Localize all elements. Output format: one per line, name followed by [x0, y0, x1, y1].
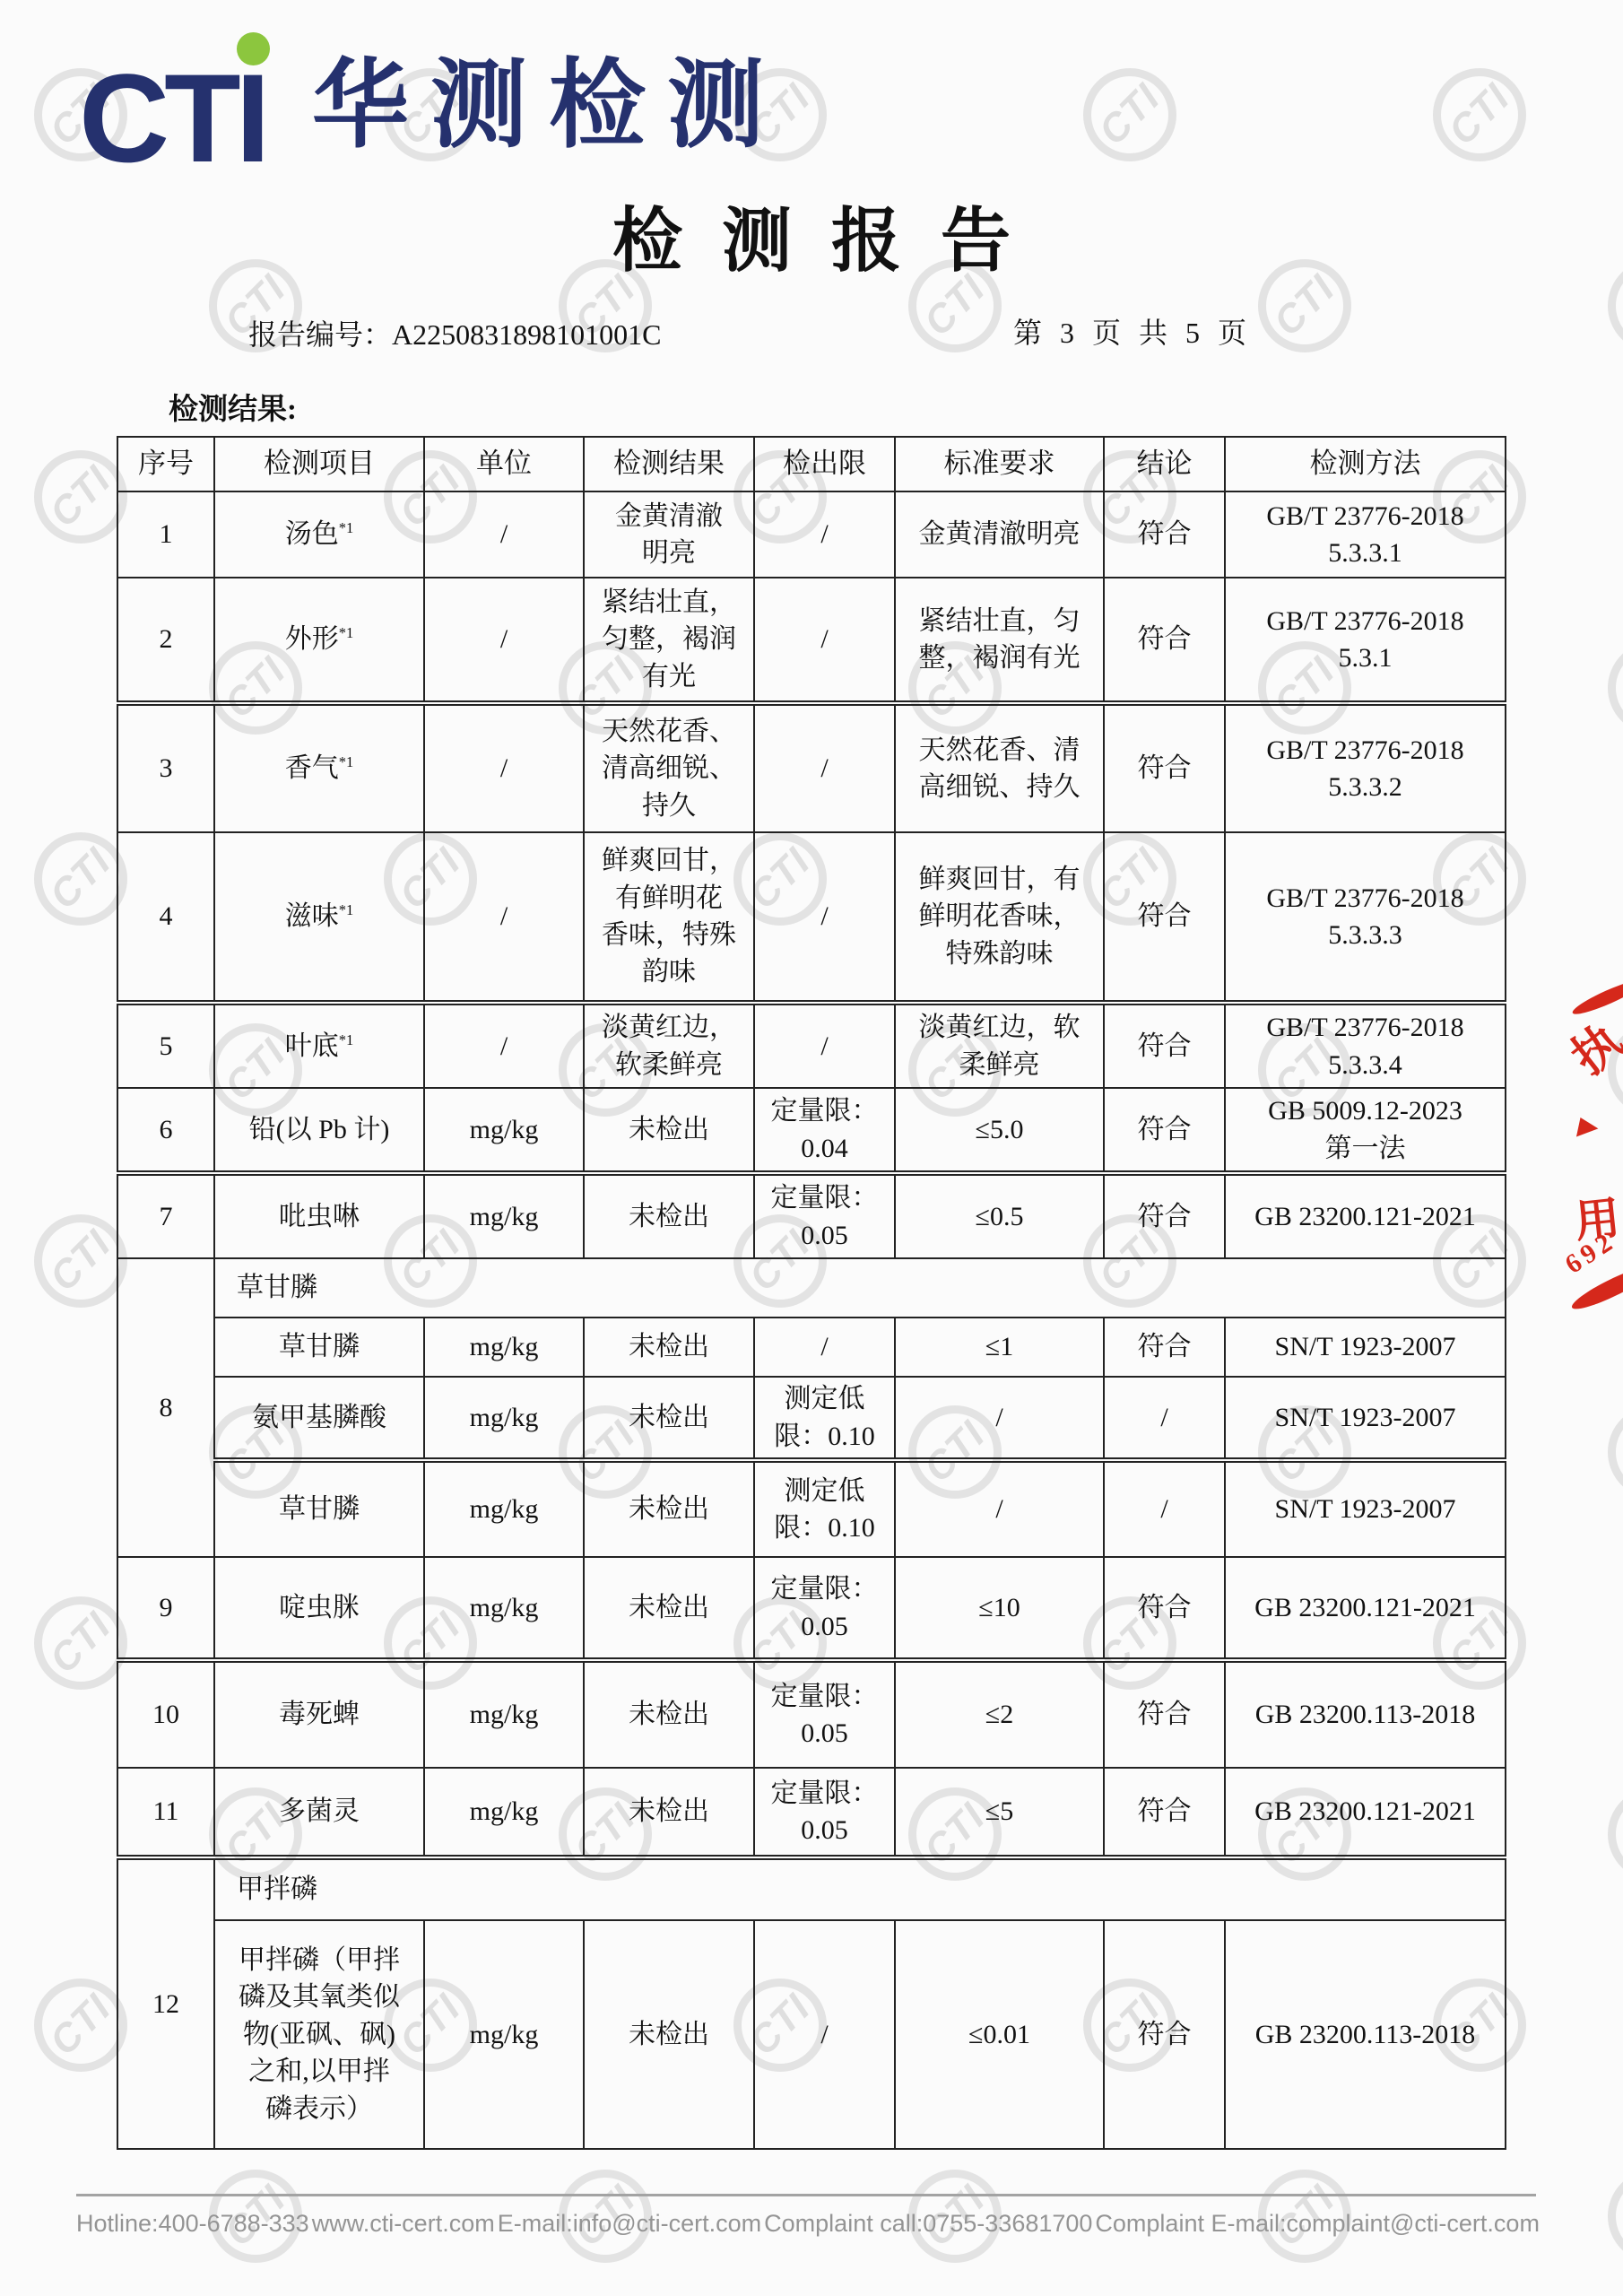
table-cell: 5: [117, 1003, 214, 1088]
table-cell: mg/kg: [424, 1660, 584, 1768]
table-row: 10毒死蜱mg/kg未检出定量限： 0.05≤2符合GB 23200.113-2…: [117, 1660, 1506, 1768]
table-row: 5叶底*1/淡黄红边， 软柔鲜亮/淡黄红边，软 柔鲜亮符合GB/T 23776-…: [117, 1003, 1506, 1088]
table-cell: ≤0.5: [895, 1173, 1104, 1258]
table-cell: SN/T 1923-2007: [1225, 1377, 1506, 1460]
table-cell: 7: [117, 1173, 214, 1258]
footer-contact-item: www.cti-cert.com: [312, 2210, 495, 2238]
table-cell: GB/T 23776-2018 5.3.3.4: [1225, 1003, 1506, 1088]
table-cell: 测定低 限：0.10: [754, 1460, 895, 1557]
table-cell: /: [424, 578, 584, 703]
report-number-label: 报告编号：: [248, 318, 392, 351]
table-cell: /: [424, 1003, 584, 1088]
table-cell: GB 23200.121-2021: [1225, 1557, 1506, 1660]
table-cell: 未检出: [584, 1088, 754, 1173]
table-cell: 符合: [1104, 1920, 1225, 2149]
table-cell: 未检出: [584, 1768, 754, 1857]
table-cell: 8: [117, 1258, 214, 1557]
table-cell: 未检出: [584, 1460, 754, 1557]
report-title: 检测报告: [0, 185, 1623, 285]
table-cell: 淡黄红边， 软柔鲜亮: [584, 1003, 754, 1088]
table-cell: 吡虫啉: [214, 1173, 424, 1258]
table-cell: 符合: [1104, 703, 1225, 832]
seal-star-point-icon: [1576, 1118, 1600, 1141]
cti-watermark: CTI: [1433, 68, 1526, 161]
footer-contact-bar: Hotline:400-6788-333www.cti-cert.comE-ma…: [76, 2210, 1540, 2238]
column-header: 检出限: [754, 437, 895, 491]
table-cell: /: [754, 703, 895, 832]
results-table: 序号检测项目单位检测结果检出限标准要求结论检测方法 1汤色*1/金黄清澈 明亮/…: [117, 436, 1506, 2150]
table-cell: GB/T 23776-2018 5.3.3.1: [1225, 491, 1506, 578]
table-cell: 叶底*1: [214, 1003, 424, 1088]
table-cell: 定量限： 0.05: [754, 1557, 895, 1660]
table-cell: ≤2: [895, 1660, 1104, 1768]
table-cell: 符合: [1104, 832, 1225, 1003]
table-cell: 符合: [1104, 1088, 1225, 1173]
table-row: 氨甲基膦酸mg/kg未检出测定低 限：0.10//SN/T 1923-2007: [117, 1377, 1506, 1460]
column-header: 结论: [1104, 437, 1225, 491]
table-cell: 符合: [1104, 1173, 1225, 1258]
table-cell: 天然花香、清 高细锐、持久: [895, 703, 1104, 832]
table-cell: 淡黄红边，软 柔鲜亮: [895, 1003, 1104, 1088]
table-cell: /: [754, 1003, 895, 1088]
table-row: 6铅(以 Pb 计)mg/kg未检出定量限： 0.04≤5.0符合GB 5009…: [117, 1088, 1506, 1173]
table-header-row: 序号检测项目单位检测结果检出限标准要求结论检测方法: [117, 437, 1506, 491]
table-row: 8草甘膦: [117, 1258, 1506, 1318]
report-page: CTICTICTICTICTICTICTICTICTICTICTICTICTIC…: [0, 0, 1623, 2296]
table-cell: ≤10: [895, 1557, 1104, 1660]
cti-watermark: CTI: [34, 1979, 127, 2072]
table-cell: 多菌灵: [214, 1768, 424, 1857]
table-cell: 草甘膦: [214, 1460, 424, 1557]
table-cell: mg/kg: [424, 1318, 584, 1377]
table-cell: mg/kg: [424, 1768, 584, 1857]
cti-watermark: CTI: [1608, 641, 1623, 735]
cti-watermark: CTI: [34, 450, 127, 544]
table-cell: /: [895, 1377, 1104, 1460]
table-cell: 紧结壮直，匀 整，褐润有光: [895, 578, 1104, 703]
table-cell: 12: [117, 1857, 214, 2149]
cti-watermark: CTI: [34, 1596, 127, 1690]
table-cell: ≤1: [895, 1318, 1104, 1377]
table-cell: 鲜爽回甘， 有鲜明花 香味，特殊 韵味: [584, 832, 754, 1003]
footer-divider: [76, 2194, 1536, 2196]
cti-watermark: CTI: [1608, 2170, 1623, 2263]
table-cell: /: [424, 832, 584, 1003]
table-cell: 未检出: [584, 1660, 754, 1768]
table-cell: mg/kg: [424, 1377, 584, 1460]
table-cell: 铅(以 Pb 计): [214, 1088, 424, 1173]
table-cell: 草甘膦: [214, 1318, 424, 1377]
table-cell: 定量限： 0.04: [754, 1088, 895, 1173]
cti-watermark: CTI: [34, 832, 127, 926]
column-header: 单位: [424, 437, 584, 491]
table-cell: /: [754, 491, 895, 578]
table-cell: /: [424, 703, 584, 832]
table-cell: /: [424, 491, 584, 578]
red-seal-fragment: 执 用 692: [1551, 951, 1623, 1372]
table-cell: mg/kg: [424, 1088, 584, 1173]
table-cell: 3: [117, 703, 214, 832]
report-number: 报告编号：A2250831898101001C: [248, 312, 661, 353]
table-row: 7吡虫啉mg/kg未检出定量限： 0.05≤0.5符合GB 23200.121-…: [117, 1173, 1506, 1258]
table-cell: 香气*1: [214, 703, 424, 832]
cti-watermark: CTI: [1608, 1787, 1623, 1881]
table-cell: /: [754, 1318, 895, 1377]
table-cell: SN/T 1923-2007: [1225, 1460, 1506, 1557]
table-row: 1汤色*1/金黄清澈 明亮/金黄清澈明亮符合GB/T 23776-2018 5.…: [117, 491, 1506, 578]
table-cell: GB 23200.113-2018: [1225, 1920, 1506, 2149]
table-row: 4滋味*1/鲜爽回甘， 有鲜明花 香味，特殊 韵味/鲜爽回甘，有 鲜明花香味， …: [117, 832, 1506, 1003]
cti-logo-chinese: 华测检测: [312, 52, 785, 159]
table-cell: 鲜爽回甘，有 鲜明花香味， 特殊韵味: [895, 832, 1104, 1003]
table-row: 3香气*1/天然花香、 清高细锐、 持久/天然花香、清 高细锐、持久符合GB/T…: [117, 703, 1506, 832]
table-cell: 滋味*1: [214, 832, 424, 1003]
table-cell: 未检出: [584, 1920, 754, 2149]
table-cell: 氨甲基膦酸: [214, 1377, 424, 1460]
report-number-value: A2250831898101001C: [392, 318, 661, 351]
table-cell: 9: [117, 1557, 214, 1660]
table-cell: 测定低 限：0.10: [754, 1377, 895, 1460]
cti-watermark: CTI: [1083, 68, 1176, 161]
table-cell: /: [895, 1460, 1104, 1557]
footer-contact-item: E-mail:info@cti-cert.com: [498, 2210, 761, 2238]
cti-logo-green-dot-icon: [237, 32, 270, 65]
table-cell: 1: [117, 491, 214, 578]
table-cell: 符合: [1104, 1318, 1225, 1377]
cti-watermark: CTI: [1608, 1405, 1623, 1499]
table-cell: 4: [117, 832, 214, 1003]
table-cell: 未检出: [584, 1173, 754, 1258]
results-section-label: 检测结果:: [169, 386, 297, 428]
table-cell: ≤5: [895, 1768, 1104, 1857]
table-cell: 金黄清澈 明亮: [584, 491, 754, 578]
footer-contact-item: Complaint call:0755-33681700: [764, 2210, 1092, 2238]
table-cell: GB/T 23776-2018 5.3.3.2: [1225, 703, 1506, 832]
table-cell: /: [754, 832, 895, 1003]
table-cell: 毒死蜱: [214, 1660, 424, 1768]
table-cell: 符合: [1104, 1768, 1225, 1857]
table-cell: 符合: [1104, 578, 1225, 703]
table-cell: GB/T 23776-2018 5.3.3.3: [1225, 832, 1506, 1003]
table-cell: 啶虫脒: [214, 1557, 424, 1660]
table-cell: 天然花香、 清高细锐、 持久: [584, 703, 754, 832]
table-cell: mg/kg: [424, 1173, 584, 1258]
table-cell: 甲拌磷（甲拌 磷及其氧类似 物(亚砜、砜) 之和,以甲拌 磷表示）: [214, 1920, 424, 2149]
table-cell: mg/kg: [424, 1557, 584, 1660]
table-row: 12甲拌磷: [117, 1857, 1506, 1920]
table-row: 9啶虫脒mg/kg未检出定量限： 0.05≤10符合GB 23200.121-2…: [117, 1557, 1506, 1660]
table-cell: GB 23200.121-2021: [1225, 1173, 1506, 1258]
column-header: 标准要求: [895, 437, 1104, 491]
table-row: 11多菌灵mg/kg未检出定量限： 0.05≤5符合GB 23200.121-2…: [117, 1768, 1506, 1857]
footer-contact-item: Complaint E-mail:complaint@cti-cert.com: [1095, 2210, 1540, 2238]
table-cell: 11: [117, 1768, 214, 1857]
table-row: 甲拌磷（甲拌 磷及其氧类似 物(亚砜、砜) 之和,以甲拌 磷表示）mg/kg未检…: [117, 1920, 1506, 2149]
table-cell: SN/T 1923-2007: [1225, 1318, 1506, 1377]
table-cell: 符合: [1104, 491, 1225, 578]
table-cell: /: [754, 1920, 895, 2149]
column-header: 序号: [117, 437, 214, 491]
table-cell: ≤5.0: [895, 1088, 1104, 1173]
table-cell: /: [754, 578, 895, 703]
seal-character: 执: [1555, 1004, 1623, 1089]
table-cell: GB 23200.113-2018: [1225, 1660, 1506, 1768]
cti-logo-text: CTI: [79, 56, 265, 181]
table-cell: 甲拌磷: [214, 1857, 1506, 1920]
column-header: 检测结果: [584, 437, 754, 491]
table-cell: 未检出: [584, 1377, 754, 1460]
table-cell: 6: [117, 1088, 214, 1173]
table-cell: 2: [117, 578, 214, 703]
table-cell: 未检出: [584, 1318, 754, 1377]
table-row: 草甘膦mg/kg未检出/≤1符合SN/T 1923-2007: [117, 1318, 1506, 1377]
table-cell: 金黄清澈明亮: [895, 491, 1104, 578]
table-cell: 未检出: [584, 1557, 754, 1660]
table-cell: GB 5009.12-2023 第一法: [1225, 1088, 1506, 1173]
table-cell: 外形*1: [214, 578, 424, 703]
table-cell: 定量限： 0.05: [754, 1173, 895, 1258]
column-header: 检测项目: [214, 437, 424, 491]
table-cell: /: [1104, 1460, 1225, 1557]
table-cell: 草甘膦: [214, 1258, 1506, 1318]
table-cell: 符合: [1104, 1557, 1225, 1660]
table-cell: 符合: [1104, 1660, 1225, 1768]
table-cell: 汤色*1: [214, 491, 424, 578]
table-cell: mg/kg: [424, 1460, 584, 1557]
cti-watermark: CTI: [34, 1214, 127, 1308]
table-row: 2外形*1/紧结壮直， 匀整，褐润 有光/紧结壮直，匀 整，褐润有光符合GB/T…: [117, 578, 1506, 703]
page-indicator: 第 3 页 共 5 页: [1013, 310, 1252, 352]
table-cell: GB/T 23776-2018 5.3.1: [1225, 578, 1506, 703]
footer-contact-item: Hotline:400-6788-333: [76, 2210, 309, 2238]
table-cell: ≤0.01: [895, 1920, 1104, 2149]
table-cell: 符合: [1104, 1003, 1225, 1088]
table-cell: 10: [117, 1660, 214, 1768]
table-row: 草甘膦mg/kg未检出测定低 限：0.10//SN/T 1923-2007: [117, 1460, 1506, 1557]
table-cell: mg/kg: [424, 1920, 584, 2149]
table-cell: 紧结壮直， 匀整，褐润 有光: [584, 578, 754, 703]
table-cell: 定量限： 0.05: [754, 1660, 895, 1768]
column-header: 检测方法: [1225, 437, 1506, 491]
table-cell: /: [1104, 1377, 1225, 1460]
table-cell: 定量限： 0.05: [754, 1768, 895, 1857]
table-cell: GB 23200.121-2021: [1225, 1768, 1506, 1857]
